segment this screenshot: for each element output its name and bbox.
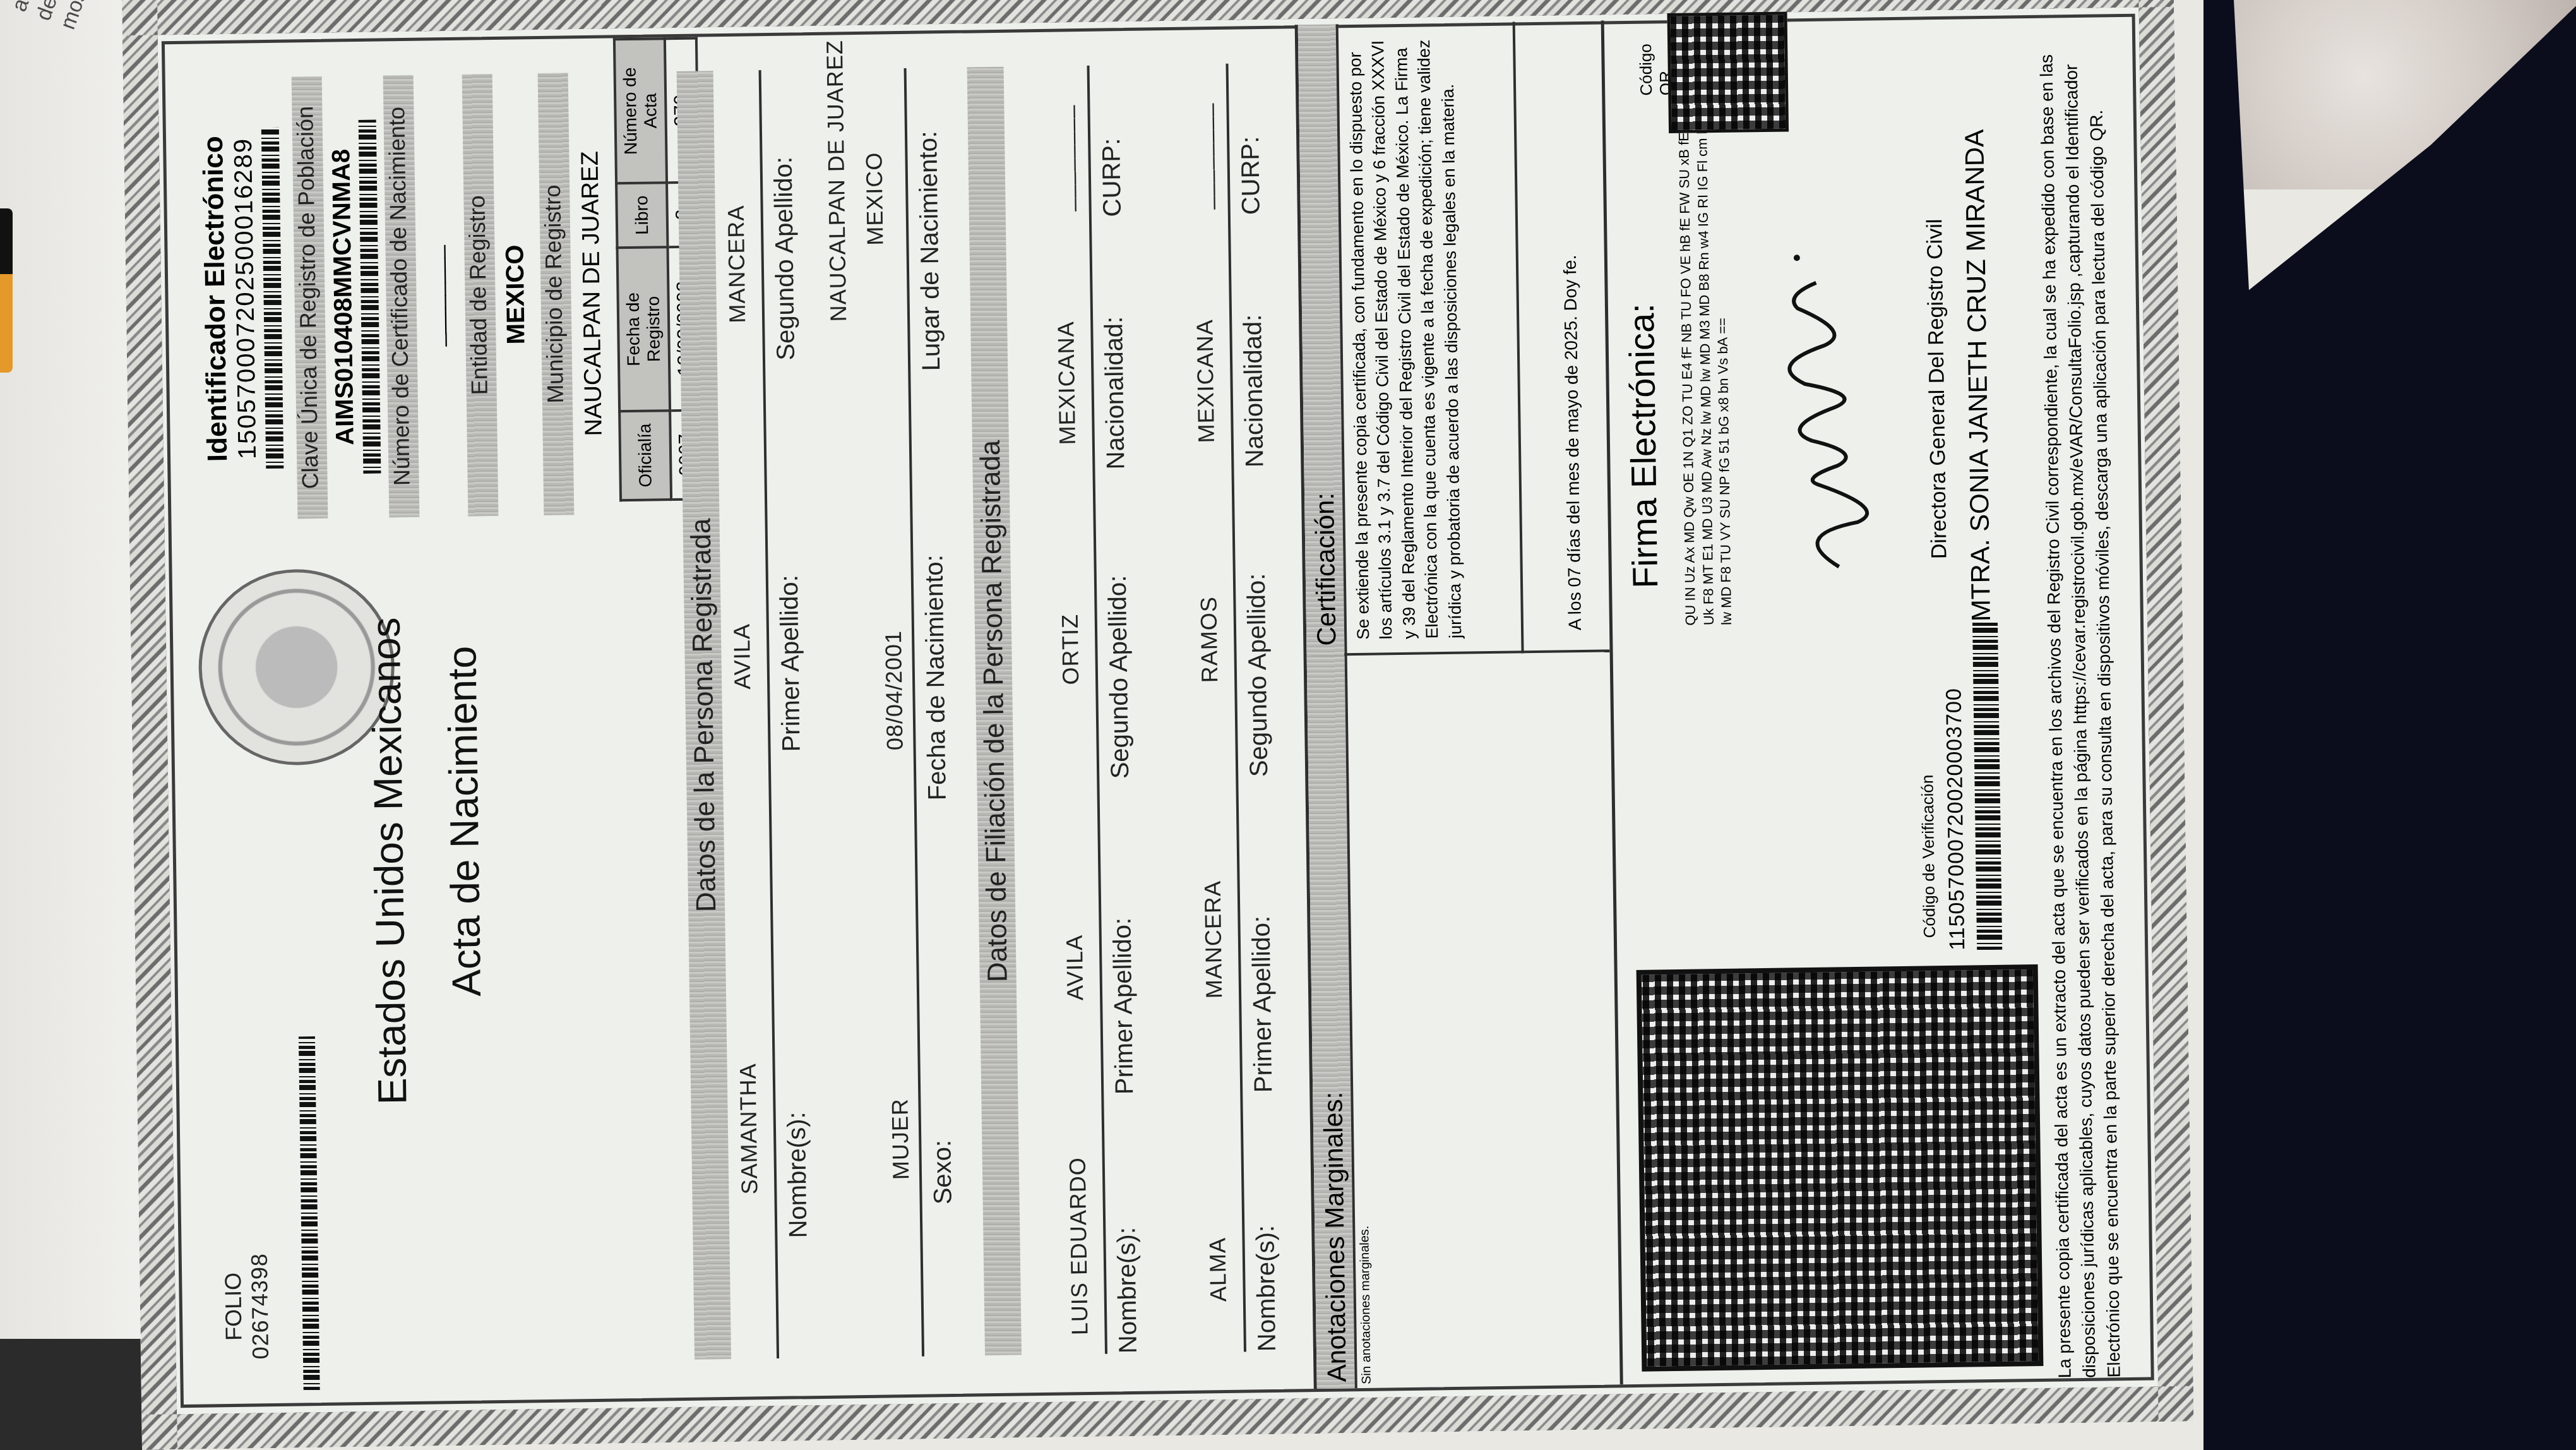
padre1-segundo-apellido-value: ORTIZ (1057, 614, 1085, 685)
persona-nombre-value: SAMANTHA (735, 1063, 763, 1195)
persona-sexo-value: MUJER (886, 1098, 914, 1180)
persona-primer-apellido-label: Primer Apellido: (775, 575, 806, 752)
qr-code-large[interactable] (1637, 964, 2044, 1372)
firma-cargo: Directora General Del Registro Civil (1923, 219, 1952, 559)
identificador-block: Identificador Electrónico 15057000720250… (197, 102, 288, 495)
firma-title: Firma Electrónica: (1621, 303, 1666, 589)
padre1-primer-apellido-value: AVILA (1061, 935, 1088, 1001)
document-title: Acta de Nacimiento (438, 645, 490, 997)
filiacion-section-title: Datos de Filiación de la Persona Registr… (967, 67, 1019, 1356)
persona-lugar-value-1: NAUCALPAN DE JUAREZ (821, 40, 852, 322)
padre1-primer-apellido-label: Primer Apellido: (1108, 918, 1139, 1095)
verificacion-label: Código de Verificación (1917, 774, 1940, 938)
padre2-primer-apellido-value: MANCERA (1200, 880, 1228, 999)
curp-value: AIMS010408MMCVNMA8 (326, 76, 361, 518)
certificacion-title: Certificación: (1309, 493, 1342, 646)
persona-nombre-label: Nombre(s): (783, 1111, 813, 1238)
municipio-value: NAUCALPAN DE JUAREZ (576, 73, 609, 515)
padre2-nombre-label: Nombre(s): (1251, 1225, 1282, 1352)
persona-lugar-value-2: MEXICO (861, 152, 888, 246)
padre2-segundo-apellido-label: Segundo Apellido: (1243, 573, 1273, 777)
padre2-nacionalidad-label: Nacionalidad: (1239, 315, 1269, 468)
signature-icon (1759, 244, 1902, 574)
padre1-segundo-apellido-label: Segundo Apellido: (1104, 575, 1135, 779)
birth-certificate: FOLIO 02674398 Estados Unidos Mexicanos … (122, 0, 2194, 1450)
anotaciones-band: Anotaciones Marginales: (1307, 653, 1357, 1389)
padre1-nombre-value: LUIS EDUARDO (1064, 1157, 1094, 1336)
pen (0, 208, 13, 373)
identificador-value: 150570007202500016289 (229, 102, 263, 494)
persona-sexo-label: Sexo: (928, 1140, 957, 1205)
col-fecha-registro: Fecha de Registro (617, 247, 670, 411)
divider (1226, 64, 1246, 1352)
anotaciones-certificacion-box: Anotaciones Marginales: Sin anotaciones … (1295, 20, 1623, 1389)
background-dark-cloth (2203, 0, 2576, 1450)
padre2-segundo-apellido-value: RAMOS (1195, 596, 1223, 683)
footer-text: La presente copia certificada del acta e… (2034, 13, 2127, 1378)
certificacion-text: Se extiende la presente copia certificad… (1344, 32, 1467, 640)
firma-nombre: MTRA. SONIA JANETH CRUZ MIRANDA (1959, 129, 1996, 622)
folio-value: 02674398 (246, 1253, 274, 1360)
entidad-value: MEXICO (499, 73, 534, 516)
municipio-label-band: Municipio de Registro (538, 73, 575, 515)
verificacion-barcode (1972, 621, 2002, 950)
padre2-curp-label: CURP: (1236, 136, 1266, 215)
anotaciones-text: Sin anotaciones marginales. (1357, 1225, 1374, 1384)
persona-primer-apellido-value: AVILA (729, 623, 756, 690)
col-libro: Libro (616, 183, 667, 248)
padre1-nombre-label: Nombre(s): (1112, 1227, 1143, 1354)
identificador-label: Identificador Electrónico (197, 103, 234, 495)
curp-barcode (359, 120, 381, 474)
firma-hash: QU IN Uz Ax MD Qw OE 1N Q1 ZO TU E4 fF N… (1674, 57, 1736, 626)
padre1-nacionalidad-label: Nacionalidad: (1100, 316, 1130, 470)
divider (1513, 21, 1524, 653)
padre2-curp-value: ________ (1188, 103, 1216, 210)
col-oficialia: Oficialía (619, 410, 671, 500)
identificador-barcode (261, 128, 284, 469)
qr-code-small[interactable] (1667, 11, 1789, 133)
padre2-nacionalidad-value: MEXICANA (1191, 319, 1220, 443)
persona-segundo-apellido-value: MANCERA (723, 205, 751, 323)
padre2-nombre-value: ALMA (1204, 1237, 1231, 1302)
document-body: FOLIO 02674398 Estados Unidos Mexicanos … (162, 14, 2154, 1408)
certificacion-fecha: A los 07 días del mes de mayo de 2025. D… (1560, 255, 1585, 630)
persona-fecha-value: 08/04/2001 (880, 630, 909, 751)
certificado-label-band: Número de Certificado de Nacimiento (383, 75, 420, 518)
background-dark-object (0, 1339, 164, 1450)
persona-section-title: Datos de la Persona Registrada (677, 71, 729, 1360)
folio-label: FOLIO (220, 1253, 247, 1360)
folio-block: FOLIO 02674398 (220, 1253, 274, 1360)
certificado-value: ________ (418, 75, 451, 517)
curp-label-band: Clave Única de Registro de Población (292, 76, 328, 519)
persona-segundo-apellido-label: Segundo Apellido: (770, 157, 801, 361)
anotaciones-title: Anotaciones Marginales: (1318, 1091, 1352, 1382)
padre2-primer-apellido-label: Primer Apellido: (1247, 916, 1278, 1093)
padre1-curp-label: CURP: (1097, 138, 1127, 217)
divider (1345, 649, 1610, 656)
folio-barcode (299, 1036, 320, 1390)
padre1-nacionalidad-value: MEXICANA (1052, 321, 1081, 445)
country-title: Estados Unidos Mexicanos (362, 617, 416, 1105)
persona-lugar-label: Lugar de Nacimiento: (914, 131, 946, 371)
persona-fecha-label: Fecha de Nacimiento: (920, 554, 951, 801)
certificacion-band: Certificación: (1298, 24, 1347, 656)
padre1-curp-value: ________ (1049, 105, 1077, 212)
entidad-label-band: Entidad de Registro (462, 74, 499, 517)
col-numero-acta: Número de Acta (614, 39, 667, 183)
verificacion-value: 115057000720020003700 (1941, 688, 1970, 950)
filiacion-section-band: Datos de Filiación de la Persona Registr… (967, 67, 1022, 1356)
